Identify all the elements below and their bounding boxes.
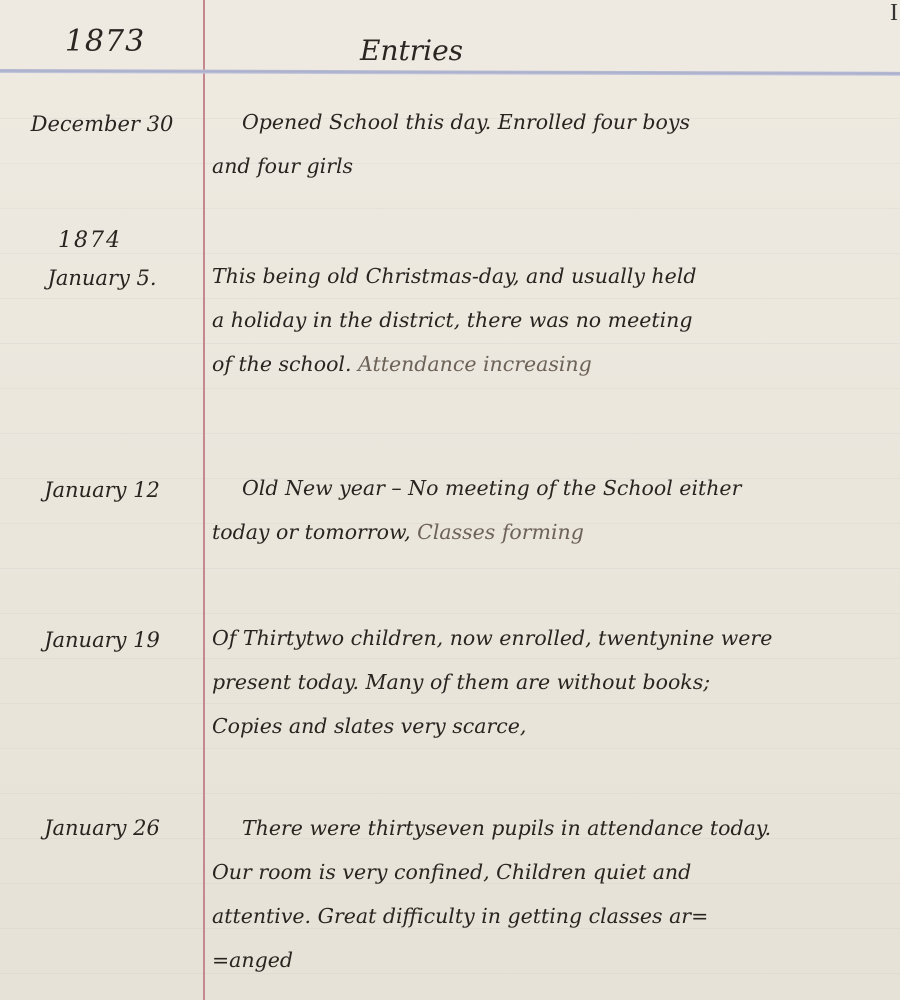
entry-line: There were thirtyseven pupils in attenda… (212, 806, 892, 850)
entry-line: and four girls (212, 144, 892, 188)
entry-line: attentive. Great difficulty in getting c… (212, 894, 892, 938)
entry-line: Copies and slates very scarce, (212, 704, 892, 748)
entry-line: of the school. Attendance increasing (212, 342, 892, 386)
page-corner-mark: I (890, 0, 898, 27)
entry-line: Our room is very confined, Children quie… (212, 850, 892, 894)
logbook-page: I 1873 Entries December 30 Opened School… (0, 0, 900, 1000)
entry-text: There were thirtyseven pupils in attenda… (212, 806, 892, 982)
header-entries-title: Entries (360, 34, 463, 67)
entry-text: Of Thirtytwo children, now enrolled, twe… (212, 616, 892, 748)
entry-text: Opened School this day. Enrolled four bo… (212, 100, 892, 188)
entry-text: Old New year – No meeting of the School … (212, 466, 892, 554)
entry-segment: of the school. (212, 352, 352, 376)
entry-date: December 30 (6, 112, 198, 136)
entry-line: present today. Many of them are without … (212, 660, 892, 704)
entry-line: Opened School this day. Enrolled four bo… (212, 100, 892, 144)
entry-segment-annotation: Classes forming (417, 520, 584, 544)
entry-line: Old New year – No meeting of the School … (212, 466, 892, 510)
entry-line: today or tomorrow, Classes forming (212, 510, 892, 554)
year-marker: 1874 (30, 228, 150, 253)
entry-date: January 26 (6, 816, 198, 840)
entry-date: January 19 (6, 628, 198, 652)
entry-date: January 5. (6, 266, 198, 290)
margin-rule (203, 0, 205, 1000)
entry-segment: today or tomorrow, (212, 520, 411, 544)
entry-line: =anged (212, 938, 892, 982)
entry-line: a holiday in the district, there was no … (212, 298, 892, 342)
entry-line: This being old Christmas-day, and usuall… (212, 254, 892, 298)
entry-line: Of Thirtytwo children, now enrolled, twe… (212, 616, 892, 660)
entry-date: January 12 (6, 478, 198, 502)
entry-text: This being old Christmas-day, and usuall… (212, 254, 892, 386)
entry-segment-annotation: Attendance increasing (358, 352, 592, 376)
header-year: 1873 (40, 24, 170, 59)
